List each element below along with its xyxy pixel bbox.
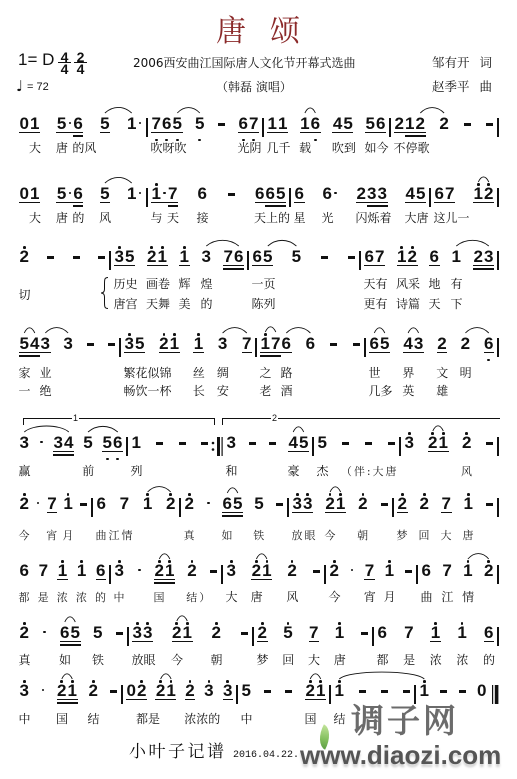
beam-group: 5杰: [317, 433, 328, 453]
dash-extension: [79, 494, 88, 514]
beam-underline: [303, 512, 314, 513]
beam-underline: [407, 265, 418, 266]
note: 2: [165, 494, 176, 514]
beam-group: 6光: [322, 184, 339, 204]
note-digit: 6: [60, 623, 69, 642]
note: 2都是: [137, 681, 148, 701]
beam-underline: [375, 265, 386, 266]
dash-extension: [380, 494, 389, 514]
beam-underline: [56, 132, 67, 133]
note-digit: 6: [378, 623, 387, 642]
note: 6: [310, 114, 321, 134]
note: 6: [265, 184, 276, 204]
beam-group: 4豪5: [288, 433, 309, 453]
beam-group: 0: [476, 681, 487, 701]
beam-group: 3大: [226, 561, 237, 581]
octave-dot-high: [169, 493, 172, 496]
note: 2: [415, 114, 426, 134]
beam-underline: [182, 641, 193, 642]
measure: 6一页陈列55: [248, 247, 360, 271]
measure: 3赢345前56: [18, 433, 127, 457]
beam-underline: [413, 352, 424, 353]
note: 2国: [154, 561, 165, 581]
backing-vocal-lyric: 都: [19, 591, 32, 604]
octave-dot-low: [176, 139, 179, 142]
octave-dot-high: [333, 560, 336, 563]
note-digit: 7: [309, 623, 318, 642]
lyric: 这儿一: [434, 212, 470, 225]
lyric: 的风: [72, 142, 96, 155]
beam-group: 1列: [131, 433, 142, 453]
lyric: 辉: [179, 278, 191, 291]
note: 3放眼: [132, 623, 143, 643]
octave-dot-high: [339, 493, 342, 496]
note: 4: [64, 433, 75, 453]
lyric: 繁花似锦: [124, 367, 172, 380]
beam-group: 2回: [419, 494, 430, 514]
lyric-verse-2: 绝: [40, 385, 52, 398]
beam-group: 5中: [241, 681, 252, 701]
beam-group: [115, 623, 124, 643]
lyric: 唐: [56, 212, 68, 225]
note-digit: 2: [437, 334, 446, 353]
beam-underline: [102, 451, 113, 452]
note: 5: [70, 623, 81, 643]
note-digit: 5: [283, 623, 292, 642]
beam-group: [178, 433, 187, 453]
note: 2不停歌: [394, 114, 405, 134]
beam-group: 5唐6的: [56, 184, 83, 204]
beam-underline: [397, 512, 408, 513]
lyric: 国: [56, 713, 68, 726]
backing-vocal-lyric: 中: [114, 591, 127, 604]
lyric: 的: [72, 212, 84, 225]
beam-group: [380, 681, 389, 701]
lyric: 天上的: [254, 212, 290, 225]
score-row: 2今7宵1月6曲江情7122真6如55铁3放眼32今12朝2梦2回7大1唐: [0, 494, 517, 518]
octave-dot-high: [80, 560, 83, 563]
note: 2国: [57, 681, 68, 701]
beam-underline: [415, 135, 426, 136]
beam-group: [439, 681, 448, 701]
beam-underline: [154, 579, 165, 580]
note-digit: 6: [370, 334, 379, 353]
note: 2画卷天舞: [147, 247, 158, 267]
beam-group: 1: [142, 494, 153, 514]
lyric: 江: [441, 591, 453, 604]
beam-underline: [30, 132, 41, 133]
beam-underline: [169, 352, 180, 353]
note-digit: 3: [115, 561, 124, 580]
note: 6都: [19, 561, 30, 581]
beam-underline: [223, 699, 234, 700]
beam-group: 2闪烁着33: [356, 184, 388, 204]
note-digit: 7: [242, 334, 251, 353]
score-body: 01大5唐6的风517吹呀吹6556光阴71几千11载64吹到55如今62不停歌…: [0, 0, 517, 779]
beam-underline: [19, 355, 30, 356]
note: 4豪: [288, 433, 299, 453]
beam-group: [360, 623, 369, 643]
note-digit: 2: [420, 494, 429, 513]
lyric: 回: [282, 654, 294, 667]
note: 3: [53, 433, 64, 453]
beam-underline: [267, 132, 278, 133]
beam-underline: [380, 352, 391, 353]
note: 7: [445, 184, 456, 204]
beam-underline: [159, 352, 170, 353]
backing-vocal-lyric: 国: [154, 591, 167, 604]
dash-extension: [463, 114, 472, 134]
note-digit: 7: [442, 494, 451, 513]
octave-dot-high: [411, 246, 414, 249]
note-digit: 2: [461, 334, 470, 353]
dash-extension: [240, 623, 249, 643]
backing-vocal-lyric: 浓: [57, 591, 70, 604]
beam-group: [217, 114, 226, 134]
beam-underline: [40, 352, 51, 353]
octave-dot-high: [319, 680, 322, 683]
lyric: 豪: [287, 465, 299, 478]
beam-underline: [262, 579, 273, 580]
beam-group: 02都是: [126, 681, 147, 701]
note: 1: [166, 681, 177, 701]
note: 5: [343, 114, 354, 134]
backing-vocal-lyric: 唐: [463, 529, 476, 542]
lyric: 都是: [136, 713, 160, 726]
beam-underline: [249, 132, 260, 133]
note: 2: [473, 247, 484, 267]
dash-extension: [347, 247, 356, 267]
beam-underline: [484, 641, 495, 642]
augmentation-dot: [38, 433, 44, 453]
measure: 3历史唐宫52画卷天舞11辉美3煌的76: [110, 247, 248, 271]
beam-group: [402, 681, 411, 701]
beam-group: 1唐: [334, 623, 345, 643]
beam-group: 2: [439, 114, 450, 134]
lyric: 风采: [396, 278, 420, 291]
note-digit: 1: [278, 114, 287, 133]
beam-underline: [367, 202, 378, 203]
measure: 6都7是1浓1浓6的: [18, 561, 110, 585]
lyric: 载: [299, 142, 311, 155]
beam-group: [463, 114, 472, 134]
lyric: 一页: [252, 278, 276, 291]
note: 5回: [283, 623, 294, 643]
note-digit: 6: [376, 114, 385, 133]
note-digit: 0: [20, 184, 29, 203]
beam-underline: [429, 265, 440, 266]
beam-group: 6如5: [222, 494, 243, 514]
lyric: 浓: [456, 654, 468, 667]
beam-group: 7是: [404, 623, 415, 643]
beam-underline: [179, 265, 190, 266]
octave-dot-high: [261, 622, 264, 625]
beam-underline: [356, 202, 367, 203]
note: 6地天: [429, 247, 440, 267]
note: 1丝长: [193, 334, 204, 354]
beam-group: [200, 433, 209, 453]
octave-dot-high: [155, 183, 158, 186]
note-digit: 1: [420, 681, 429, 700]
beam-underline: [19, 132, 30, 133]
beam-group: [387, 433, 396, 453]
beam-group: 76: [223, 247, 244, 267]
beam-underline: [255, 202, 266, 203]
beam-underline: [276, 202, 287, 203]
lyric: 世: [369, 367, 381, 380]
final-barline: [492, 685, 499, 704]
beam-underline: [185, 699, 196, 700]
octave-dot-low: [487, 359, 490, 362]
beam-group: 7宵: [364, 561, 375, 581]
beam-group: 3繁花似锦畅饮一杯5: [124, 334, 145, 354]
lyric-verse-2: 天: [429, 298, 441, 311]
dash-extension: [358, 681, 367, 701]
note-digit: 2: [287, 561, 296, 580]
note: 2朝: [211, 623, 222, 643]
beam-underline: [157, 265, 168, 266]
beam-underline: [113, 451, 124, 452]
beam-underline: [294, 202, 305, 203]
lyric: 是: [403, 654, 415, 667]
beam-underline: [300, 132, 311, 133]
note: 3: [404, 433, 415, 453]
measure: 02都是212浓浓的33: [122, 681, 237, 705]
beam-group: [349, 561, 355, 581]
beam-group: 6曲: [421, 561, 432, 581]
beam-underline: [135, 352, 146, 353]
note: 1大: [30, 184, 41, 204]
beam-underline: [172, 132, 183, 133]
note-digit: 1: [143, 494, 152, 513]
beam-underline: [367, 205, 378, 206]
beam-group: 34: [53, 433, 74, 453]
beam-group: [205, 494, 211, 514]
octave-dot-high: [163, 333, 166, 336]
note-digit: 4: [30, 334, 39, 353]
note-digit: 7: [375, 247, 384, 266]
note-digit: 0: [20, 114, 29, 133]
note: 5风: [100, 184, 111, 204]
lyric: 杰: [317, 465, 329, 478]
octave-dot-high: [183, 246, 186, 249]
note: 2结）: [187, 561, 198, 581]
beam-group: 7是: [38, 561, 49, 581]
lyric: 国: [304, 713, 316, 726]
beam-group: 2结）: [187, 561, 198, 581]
note: 6: [162, 114, 173, 134]
beam-underline: [265, 205, 276, 206]
octave-dot-high: [23, 246, 26, 249]
note-digit: 3: [378, 184, 387, 203]
dash-extension: [46, 247, 55, 267]
beam-group: 3: [223, 681, 234, 701]
note-digit: 7: [47, 494, 56, 513]
measure: 01大5唐6的5风1: [18, 184, 147, 208]
dash-extension: [97, 247, 106, 267]
beam-group: [136, 561, 142, 581]
note-digit: 6: [282, 334, 291, 353]
note: 1结: [334, 681, 345, 701]
note-digit: 6: [73, 184, 82, 203]
note-digit: 6: [96, 561, 105, 580]
lyric: 真: [19, 654, 31, 667]
beam-underline: [438, 451, 449, 452]
beam-group: 1月: [63, 494, 74, 514]
note: 0: [126, 681, 137, 701]
note-digit: 1: [316, 681, 325, 700]
note-digit: 5: [254, 494, 263, 513]
note-digit: 2: [212, 623, 221, 642]
note-digit: 7: [249, 114, 258, 133]
note-digit: 3: [414, 334, 423, 353]
note-digit: 2: [147, 247, 156, 266]
note-digit: 1: [158, 247, 167, 266]
augmentation-dot: [42, 623, 48, 643]
beam-group: 1情: [463, 561, 474, 581]
barline: [497, 188, 498, 207]
beam-underline: [325, 512, 336, 513]
lyric: 光: [322, 212, 334, 225]
dash-extension: [312, 561, 321, 581]
note-digit: 2: [358, 494, 367, 513]
beam-group: 2今1: [172, 623, 193, 643]
beam-group: [263, 681, 272, 701]
beam-underline: [100, 202, 111, 203]
beam-underline: [288, 451, 299, 452]
note: 3业绝: [40, 334, 51, 354]
barline: [497, 437, 498, 456]
beam-group: 2结: [88, 681, 99, 701]
note: 1: [315, 681, 326, 701]
note-digit: 3: [367, 184, 376, 203]
beam-group: 12: [473, 184, 494, 204]
note: 1: [169, 334, 180, 354]
lyric: 煌: [201, 278, 213, 291]
beam-group: 5家一43业绝: [19, 334, 51, 354]
beam-underline: [222, 515, 233, 516]
note-digit: 1: [397, 247, 406, 266]
beam-underline: [365, 132, 376, 133]
note: 2真: [19, 623, 30, 643]
beam-group: [352, 334, 361, 354]
measure: 3212风: [400, 433, 498, 457]
beam-group: 1丝长: [193, 334, 204, 354]
note: 4吹到: [332, 114, 343, 134]
note-digit: 2: [252, 561, 261, 580]
note-digit: 2: [185, 681, 194, 700]
beam-group: 1有下: [451, 247, 462, 267]
score-row: 3赢345前561列3和4豪55杰（伴:大唐3212风12: [0, 433, 517, 457]
note: 1: [126, 184, 137, 204]
beam-underline: [405, 202, 416, 203]
beam-group: [40, 681, 46, 701]
beam-underline: [233, 515, 244, 516]
note-digit: 3: [63, 334, 72, 353]
note-digit: 2: [325, 494, 334, 513]
dash-extension: [248, 433, 257, 453]
note: 1有下: [451, 247, 462, 267]
note-digit: 3: [303, 494, 312, 513]
octave-dot-high: [188, 493, 191, 496]
beam-group: 5回: [283, 623, 294, 643]
score-row: 5家一43业绝33繁花似锦畅饮一杯5211丝长3绸安71之老76路酒66世几多5…: [0, 334, 517, 358]
note: 7: [271, 334, 282, 354]
beam-underline: [155, 699, 166, 700]
measure: 3中2国12结）: [110, 561, 222, 585]
note-digit: 6: [239, 114, 248, 133]
note: 1浓: [430, 623, 441, 643]
beam-group: 1载6: [300, 114, 321, 134]
beam-group: 6都: [19, 561, 30, 581]
note: 2: [428, 433, 439, 453]
lyric: 明: [460, 367, 472, 380]
lyric: 铁: [92, 654, 104, 667]
beam-group: 6世几多5: [369, 334, 390, 354]
beam-group: 6都: [377, 623, 388, 643]
note-digit: 2: [484, 561, 493, 580]
beam-group: 6如5: [60, 623, 81, 643]
note: 1之老: [260, 334, 271, 354]
beam-underline: [64, 454, 75, 455]
beam-underline: [397, 265, 408, 266]
beam-group: 1浓: [430, 623, 441, 643]
octave-dot-high: [338, 680, 341, 683]
octave-dot-low: [198, 139, 201, 142]
note: 5: [298, 433, 309, 453]
beam-group: 2梦: [257, 623, 268, 643]
note-digit: 7: [224, 247, 233, 266]
beam-group: 6一页陈列5: [252, 247, 273, 267]
beam-underline: [19, 202, 30, 203]
lyric: 天有: [364, 278, 388, 291]
note-digit: 4: [333, 114, 342, 133]
note: 6这儿一: [434, 184, 445, 204]
lyric: 大: [308, 654, 320, 667]
beam-group: 5铁: [93, 623, 104, 643]
beam-underline: [114, 265, 125, 266]
beam-underline: [53, 454, 64, 455]
augmentation-dot: [137, 184, 143, 204]
octave-dot-high: [186, 622, 189, 625]
augmentation-dot: [35, 494, 41, 514]
beam-underline: [364, 265, 375, 266]
note-digit: 5: [299, 433, 308, 452]
note-digit: 6: [422, 561, 431, 580]
beam-group: 3: [204, 681, 215, 701]
beam-group: 2今: [329, 561, 340, 581]
note: 1情: [463, 561, 474, 581]
note-digit: 1: [262, 561, 271, 580]
note: 5: [172, 114, 183, 134]
beam-underline: [223, 268, 234, 269]
note: 5: [291, 247, 302, 267]
dash-extension: [404, 561, 413, 581]
beam-underline: [100, 132, 111, 133]
note-digit: 3: [223, 681, 232, 700]
octave-dot-high: [158, 560, 161, 563]
octave-dot-high: [296, 493, 299, 496]
dash-extension: [227, 184, 236, 204]
note-digit: 4: [64, 433, 73, 452]
octave-dot-high: [388, 560, 391, 563]
beam-underline: [70, 641, 81, 642]
beam-group: 7大: [441, 494, 452, 514]
beam-group: 6: [305, 334, 316, 354]
lyric: 如今: [364, 142, 388, 155]
volta-bracket: 2: [222, 418, 500, 425]
beam-group: 2风: [462, 433, 473, 453]
